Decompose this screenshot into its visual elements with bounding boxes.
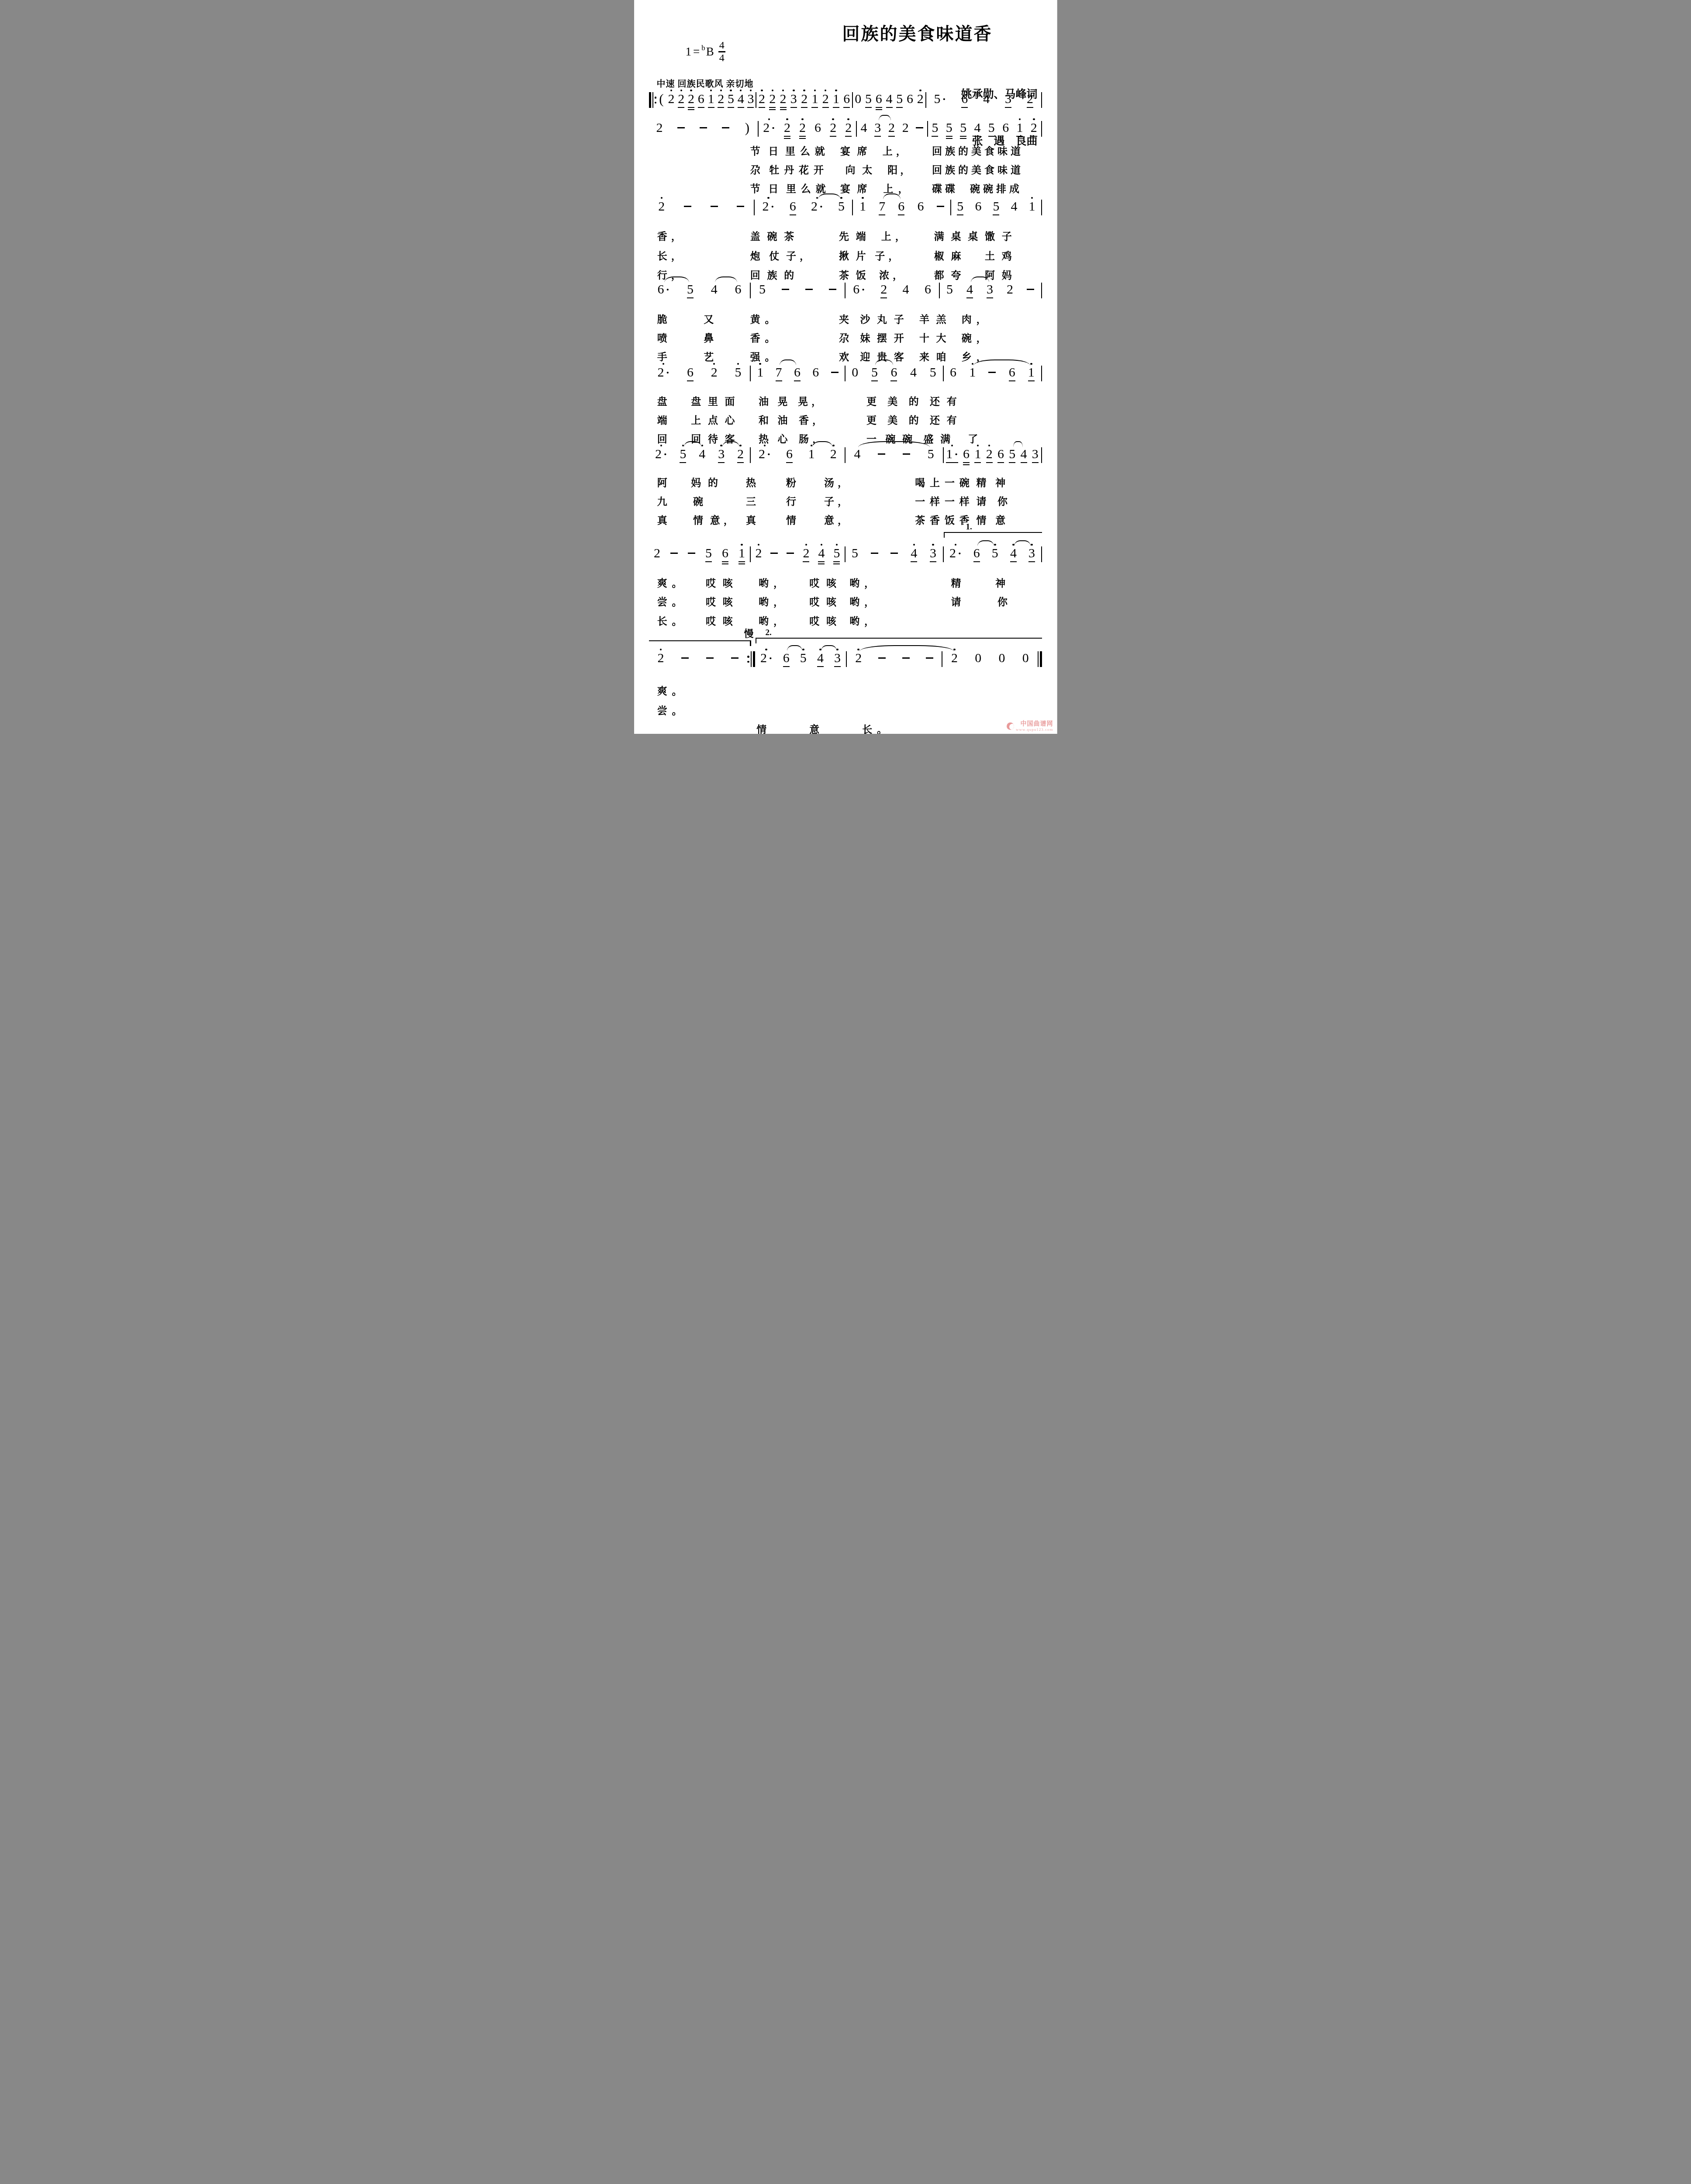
note-digit: 2 bbox=[657, 366, 664, 379]
lyric-syllable: 。 bbox=[672, 683, 682, 698]
lyric-syllable: 长 bbox=[862, 722, 872, 734]
duration-dash bbox=[681, 657, 689, 659]
parenthesis: ( bbox=[658, 87, 665, 106]
high-octave-dot bbox=[750, 90, 752, 92]
lyric-syllable: 丸 bbox=[877, 311, 887, 326]
lyric-syllable: ， bbox=[811, 394, 821, 408]
high-octave-dot bbox=[710, 90, 712, 92]
note-digit: 5 bbox=[946, 283, 953, 296]
beam-underline bbox=[722, 563, 728, 565]
lyric-row: 九碗三行子，一样一样请你 bbox=[634, 494, 1057, 507]
note: 2 bbox=[759, 87, 765, 108]
note-digit: 6 bbox=[853, 283, 859, 296]
high-octave-dot bbox=[919, 90, 921, 92]
high-octave-dot bbox=[972, 363, 974, 365]
lyric-syllable: 手 bbox=[657, 349, 667, 363]
note: 5 bbox=[960, 116, 966, 139]
lyric-syllable: 都 bbox=[934, 267, 944, 282]
high-octave-dot bbox=[1033, 118, 1035, 121]
note-digit: 1 bbox=[708, 93, 714, 106]
flat-sign: b bbox=[701, 44, 705, 52]
beam-underline bbox=[739, 563, 745, 565]
note-digit: 6 bbox=[890, 366, 897, 379]
lyric-row: 回回待客热心肠，一碗碗盛满了 bbox=[634, 431, 1057, 444]
note-body: 5 bbox=[988, 121, 995, 135]
measure: 2 bbox=[649, 195, 754, 219]
lyric-syllable: 节 bbox=[750, 181, 760, 195]
note-digit: 2 bbox=[1007, 283, 1013, 296]
lyric-syllable: 情 bbox=[693, 512, 703, 527]
augmentation-dot: · bbox=[958, 548, 962, 559]
note-body: 5 bbox=[800, 651, 807, 665]
lyric-syllable: 大 bbox=[936, 330, 946, 345]
note-body: 1 bbox=[1016, 121, 1023, 135]
lyric-syllable: 来 bbox=[919, 349, 929, 363]
duration-dash bbox=[916, 127, 923, 128]
note-digit: 5 bbox=[960, 121, 966, 135]
dash-extension bbox=[1027, 278, 1034, 296]
note-digit: 0 bbox=[855, 93, 861, 106]
note-body: 2· bbox=[763, 121, 775, 135]
lyric-syllable: 。 bbox=[672, 703, 682, 717]
dash-extension bbox=[706, 646, 714, 665]
note-body: 4 bbox=[1010, 546, 1017, 560]
lyric-syllable: ， bbox=[900, 162, 910, 176]
lyric-syllable: ， bbox=[812, 412, 822, 427]
note-digit: 6 bbox=[698, 93, 704, 106]
note: 5 bbox=[852, 542, 858, 560]
beam-underline bbox=[1005, 107, 1011, 108]
note-body bbox=[787, 546, 794, 560]
beam-underline bbox=[833, 563, 840, 565]
note-body: 2 bbox=[1007, 283, 1013, 296]
note-digit: 6 bbox=[1002, 121, 1009, 135]
lyric-syllable: 节 bbox=[750, 143, 760, 158]
note-digit: 6 bbox=[722, 547, 728, 560]
lyric-syllable: 情 bbox=[786, 512, 796, 527]
lyric-syllable: 盖 bbox=[750, 228, 760, 243]
beam-underline bbox=[993, 214, 999, 216]
high-octave-dot bbox=[765, 649, 767, 651]
note-body: 2 bbox=[1031, 121, 1037, 135]
lyric-syllable: 黄 bbox=[750, 311, 760, 326]
note-digit: 3 bbox=[1005, 93, 1011, 106]
lyric-syllable: 夹 bbox=[839, 311, 849, 326]
lyric-syllable: 三 bbox=[746, 494, 756, 508]
augmentation-dot: · bbox=[771, 122, 775, 134]
note-digit: 2 bbox=[780, 93, 787, 106]
note-body: 6 bbox=[1002, 121, 1009, 135]
lyric-row: 香，盖碗茶先端上，满桌桌馓子 bbox=[634, 228, 1057, 242]
lyric-syllable: 。 bbox=[672, 594, 682, 608]
measure: 1·6126543 bbox=[944, 442, 1041, 467]
lyric-syllable: 香 bbox=[799, 412, 809, 427]
high-octave-dot bbox=[994, 544, 996, 546]
note-body: 2 bbox=[845, 121, 852, 135]
note-digit: 4 bbox=[711, 283, 718, 296]
lyric-syllable: 椒 bbox=[934, 248, 944, 263]
beam-underline bbox=[687, 297, 694, 299]
volta-hook bbox=[944, 533, 945, 538]
note-body: 6 bbox=[997, 447, 1004, 461]
note-body: 2 bbox=[830, 121, 836, 135]
key-note: B bbox=[706, 45, 714, 59]
key-signature: 1=bB 4 4 bbox=[686, 40, 725, 63]
beam-underline bbox=[987, 297, 993, 299]
duration-dash bbox=[737, 206, 744, 207]
beam-underline bbox=[833, 561, 840, 563]
note: 2 bbox=[822, 87, 829, 108]
music-line: 256122455432·6543 bbox=[649, 542, 1042, 566]
note-digit: 6 bbox=[925, 283, 931, 296]
note: 6 bbox=[907, 87, 913, 106]
beam-underline bbox=[794, 380, 801, 382]
note-body: 6 bbox=[963, 447, 970, 461]
beam-underline bbox=[739, 561, 745, 563]
lyric-syllable: 族 bbox=[767, 267, 777, 282]
lyric-syllable: 肠 bbox=[799, 431, 809, 446]
lyric-syllable: 心 bbox=[725, 412, 735, 427]
lyric-syllable: 馓 bbox=[985, 228, 995, 243]
slur-tie bbox=[859, 645, 954, 651]
note-body: ) bbox=[745, 121, 749, 135]
duration-dash bbox=[731, 657, 739, 659]
note: 6 bbox=[975, 195, 981, 213]
note-digit: 3 bbox=[747, 93, 754, 106]
high-octave-dot bbox=[836, 649, 839, 651]
high-octave-dot bbox=[832, 118, 834, 121]
lyric-syllable: 妹 bbox=[860, 330, 870, 345]
note-body: 2 bbox=[799, 121, 806, 135]
beam-underline bbox=[790, 214, 796, 216]
lyric-syllable: 心 bbox=[778, 431, 788, 446]
measure: 55545612 bbox=[928, 116, 1041, 141]
augmentation-dot: · bbox=[942, 93, 946, 105]
high-octave-dot bbox=[801, 118, 804, 121]
dash-extension bbox=[688, 542, 695, 560]
beam-underline bbox=[957, 214, 963, 216]
lyric-syllable: 咳 bbox=[723, 613, 733, 628]
lyric-syllable: 意 bbox=[710, 512, 720, 527]
watermark: 中国曲谱网 www.qupu123.com bbox=[1007, 721, 1053, 732]
note-digit: 1 bbox=[811, 93, 818, 106]
lyric-syllable: 咳 bbox=[826, 613, 836, 628]
note-body: 4 bbox=[818, 546, 825, 560]
beam-underline bbox=[963, 464, 970, 466]
note-digit: 4 bbox=[818, 547, 825, 560]
lyric-syllable: 更 bbox=[866, 412, 877, 427]
duration-dash bbox=[937, 206, 944, 207]
note: 6 bbox=[786, 442, 793, 463]
volta-1-bracket: 1. bbox=[944, 532, 1042, 533]
lyric-syllable: 意 bbox=[995, 512, 1005, 527]
note-body: 2 bbox=[688, 92, 694, 106]
lyric-syllable: 满 bbox=[934, 228, 944, 243]
note-body bbox=[878, 651, 886, 665]
note-body: 6 bbox=[786, 447, 793, 461]
beam-underline bbox=[1009, 462, 1015, 463]
note: 2 bbox=[688, 87, 694, 110]
bar-thin bbox=[1041, 546, 1042, 562]
high-octave-dot bbox=[835, 90, 837, 92]
beam-underline bbox=[1016, 136, 1023, 137]
lyric-syllable: 里 bbox=[786, 181, 796, 195]
lyric-syllable: 乡 bbox=[962, 349, 972, 363]
note-digit: 0 bbox=[999, 652, 1005, 665]
note-body bbox=[684, 200, 691, 213]
final-barline bbox=[1038, 651, 1042, 667]
note: 2 bbox=[755, 542, 762, 560]
high-octave-dot bbox=[847, 118, 849, 121]
beam-underline bbox=[1028, 380, 1035, 382]
music-line: 2·6251766056456161 bbox=[649, 361, 1042, 385]
note-body: 7 bbox=[879, 200, 885, 213]
lyric-row: 手艺强。欢迎贵客来咱乡， bbox=[634, 349, 1057, 362]
lyric-syllable: ， bbox=[864, 594, 874, 608]
note: 2· bbox=[763, 195, 775, 213]
lyric-syllable: 上 bbox=[883, 181, 894, 195]
note-body: 3 bbox=[718, 447, 725, 461]
duration-dash bbox=[829, 289, 836, 290]
note: 4 bbox=[1011, 195, 1017, 213]
lyric-syllable: 行 bbox=[786, 494, 796, 508]
lyric-syllable: 子 bbox=[824, 494, 834, 508]
lyric-syllable: 哎 bbox=[809, 613, 819, 628]
lyric-syllable: 碗 bbox=[693, 494, 703, 508]
duration-dash bbox=[711, 206, 718, 207]
dash-extension bbox=[722, 116, 729, 135]
note-body: 2 bbox=[986, 447, 993, 461]
note-digit: 2 bbox=[951, 652, 958, 665]
dash-extension bbox=[677, 116, 685, 135]
lyric-syllable: 艺 bbox=[704, 349, 714, 363]
lyric-row: 尕牡丹花开向太阳，回族的美食味道 bbox=[634, 162, 1057, 175]
beam-underline bbox=[911, 561, 917, 563]
beam-underline bbox=[801, 107, 808, 108]
music-line: 22·654322000 bbox=[649, 646, 1042, 671]
beam-underline bbox=[718, 462, 725, 463]
note-digit: 3 bbox=[987, 283, 993, 296]
note: 5 bbox=[946, 116, 952, 139]
note: 1 bbox=[1028, 195, 1035, 213]
lyric-syllable: 仗 bbox=[769, 248, 779, 263]
lyric-syllable: 子 bbox=[786, 248, 796, 263]
lyric-syllable: 的 bbox=[909, 394, 919, 408]
note-body: 1 bbox=[859, 200, 866, 213]
volta-1-continuation bbox=[649, 640, 751, 641]
note-digit: 2 bbox=[763, 121, 770, 135]
lyric-syllable: 粉 bbox=[786, 475, 796, 489]
note: 2 bbox=[845, 116, 852, 137]
note-digit: 6 bbox=[657, 283, 664, 296]
lyric-syllable: 回 bbox=[691, 431, 701, 446]
note-digit: 3 bbox=[834, 652, 841, 665]
augmentation-dot: · bbox=[861, 284, 865, 295]
high-octave-dot bbox=[782, 90, 784, 92]
lyric-syllable: 热 bbox=[759, 431, 769, 446]
note: 2 bbox=[718, 87, 724, 108]
note-body bbox=[706, 651, 714, 665]
note-digit: 2 bbox=[657, 652, 664, 665]
note-digit: 5 bbox=[993, 200, 999, 213]
note-digit: 3 bbox=[1028, 547, 1035, 560]
augmentation-dot: · bbox=[663, 449, 667, 460]
note-digit: 4 bbox=[854, 448, 860, 461]
dash-extension bbox=[831, 361, 839, 379]
note: 6 bbox=[814, 116, 821, 135]
lyric-syllable: 盘 bbox=[657, 394, 667, 408]
lyric-syllable: 席 bbox=[857, 143, 867, 158]
note-digit: 5 bbox=[759, 283, 766, 296]
note-digit: 2 bbox=[917, 93, 924, 106]
note: 2 bbox=[784, 116, 790, 139]
beam-underline bbox=[960, 136, 966, 137]
note-body: 5 bbox=[687, 283, 694, 296]
lyric-syllable: ， bbox=[977, 311, 987, 326]
lyric-syllable: 一 bbox=[866, 431, 877, 446]
high-octave-dot bbox=[660, 649, 662, 651]
note: 5 bbox=[993, 195, 999, 215]
note-body: 6 bbox=[973, 546, 980, 560]
slow-tempo-mark: 慢 bbox=[744, 626, 754, 640]
duration-dash bbox=[677, 127, 685, 128]
note-body: 2 bbox=[657, 651, 664, 665]
note-body: 5 bbox=[680, 447, 686, 461]
note: 4 bbox=[911, 542, 917, 562]
note-body: 2 bbox=[759, 92, 765, 106]
note-body bbox=[871, 546, 878, 560]
measure: 2000 bbox=[942, 646, 1037, 671]
note: 6 bbox=[997, 442, 1004, 463]
high-octave-dot bbox=[955, 544, 957, 546]
beam-underline bbox=[932, 136, 938, 137]
lyric-syllable: 鼻 bbox=[704, 330, 714, 345]
lyric-syllable: 更 bbox=[866, 394, 877, 408]
high-octave-dot bbox=[761, 90, 763, 92]
high-octave-dot bbox=[913, 544, 915, 546]
lyric-syllable: 尕 bbox=[839, 330, 849, 345]
lyric-syllable: ， bbox=[671, 248, 681, 263]
note-body: 5 bbox=[728, 92, 734, 106]
note-body: 2 bbox=[951, 651, 958, 665]
note-digit: 6 bbox=[843, 93, 850, 106]
high-octave-dot bbox=[821, 544, 823, 546]
high-octave-dot bbox=[793, 90, 795, 92]
measure: 1766 bbox=[751, 361, 844, 385]
dash-extension bbox=[770, 542, 778, 560]
note-digit: 0 bbox=[1022, 652, 1029, 665]
measure: 0564562 bbox=[853, 87, 925, 112]
beam-underline bbox=[818, 561, 825, 563]
high-octave-dot bbox=[661, 197, 663, 199]
beam-underline bbox=[718, 107, 724, 108]
note: 2 bbox=[769, 87, 776, 110]
note-digit: 1 bbox=[739, 547, 745, 560]
lyric-syllable: 油 bbox=[778, 412, 788, 427]
duration-dash bbox=[770, 553, 778, 554]
note-body: 6 bbox=[975, 200, 981, 213]
note: 5 bbox=[988, 116, 995, 137]
note: 6 bbox=[687, 361, 694, 381]
lyric-syllable: 沙 bbox=[860, 311, 870, 326]
lyric-syllable: ， bbox=[838, 494, 848, 508]
lyric-syllable: 哎 bbox=[706, 594, 716, 608]
beam-underline bbox=[960, 138, 966, 139]
beam-underline bbox=[784, 138, 790, 139]
note-digit: 2 bbox=[755, 547, 762, 560]
lyric-syllable: 情 bbox=[977, 512, 987, 527]
lyric-syllable: 上 bbox=[691, 412, 701, 427]
time-beats: 4 bbox=[719, 40, 725, 51]
beam-underline bbox=[963, 462, 970, 463]
note-body: 4 bbox=[903, 283, 909, 296]
note-body: 4 bbox=[911, 546, 917, 560]
beam-underline bbox=[769, 107, 776, 108]
barline bbox=[1041, 121, 1042, 137]
rest-note: 0 bbox=[1022, 646, 1029, 665]
note-digit: 2 bbox=[830, 121, 836, 135]
duration-dash bbox=[1027, 289, 1034, 290]
note-digit: 1 bbox=[757, 366, 763, 379]
note-body: 4 bbox=[966, 283, 973, 296]
beam-underline bbox=[769, 109, 776, 111]
lyric-syllable: 咳 bbox=[826, 575, 836, 590]
rest-note: 0 bbox=[975, 646, 981, 665]
note: 3 bbox=[930, 542, 936, 562]
note-body: 1 bbox=[1028, 366, 1035, 379]
note: 6 bbox=[812, 361, 819, 379]
note-digit: 6 bbox=[961, 93, 968, 106]
end-repeat-barline bbox=[747, 651, 755, 667]
beam-underline bbox=[888, 136, 895, 137]
note: 1 bbox=[974, 442, 981, 463]
note-body: 6 bbox=[918, 200, 924, 213]
lyric-syllable: ， bbox=[838, 475, 848, 489]
lyric-syllable: 日 bbox=[768, 181, 778, 195]
lyric-syllable: ， bbox=[773, 575, 783, 590]
lyric-syllable: 开 bbox=[814, 162, 824, 176]
lyric-syllable: ， bbox=[977, 349, 987, 363]
lyric-syllable: 贵 bbox=[877, 349, 887, 363]
note-body: 4 bbox=[738, 92, 744, 106]
note-body: 4 bbox=[711, 283, 718, 296]
note: 6 bbox=[918, 195, 924, 213]
duration-dash bbox=[688, 553, 695, 554]
beam-underline bbox=[896, 107, 903, 108]
note-digit: 5 bbox=[930, 366, 936, 379]
duration-dash bbox=[871, 553, 878, 554]
note-body: 6 bbox=[722, 546, 728, 560]
lyric-syllable: 的 bbox=[784, 267, 794, 282]
note-digit: 5 bbox=[705, 547, 712, 560]
duration-dash bbox=[988, 372, 996, 373]
lyric-syllable: 碗 bbox=[902, 431, 912, 446]
lyric-syllable: 喝 bbox=[915, 475, 925, 489]
beam-underline bbox=[783, 666, 790, 667]
rest-note: 0 bbox=[852, 361, 858, 379]
key-equals: = bbox=[693, 45, 700, 59]
lyric-syllable: 哟 bbox=[759, 613, 769, 628]
lyric-syllable: 神 bbox=[995, 575, 1005, 590]
lyric-syllable: 十 bbox=[919, 330, 929, 345]
note-digit: 4 bbox=[817, 652, 824, 665]
lyric-syllable: 阿 bbox=[657, 475, 667, 489]
lyric-syllable: 长 bbox=[657, 613, 667, 628]
note-body: 6 bbox=[698, 92, 704, 106]
lyric-syllable: 回族的美食味道 bbox=[932, 162, 1024, 176]
note-digit: 3 bbox=[874, 121, 881, 135]
duration-dash bbox=[782, 289, 789, 290]
